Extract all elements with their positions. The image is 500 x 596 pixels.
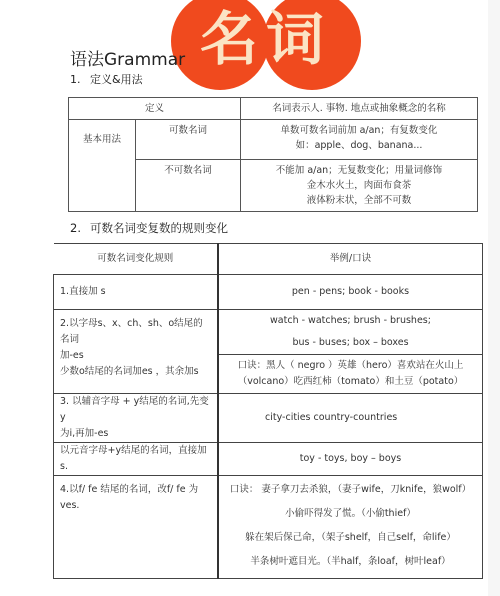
rule-cell: 以元音字母+y结尾的名词，直接加s. <box>54 443 219 476</box>
text-line: 为i,再加-es <box>60 426 211 442</box>
example-cell: pen - pens; book - books <box>218 275 483 310</box>
column-header: 可数名词变化规则 <box>54 244 219 275</box>
text-line: 小偷吓得发了慌。（小偷thief） <box>225 502 476 526</box>
usage-description: 单数可数名词前加 a/an；有复数变化 如：apple、dog、banana..… <box>241 120 478 160</box>
rule-cell: 1.直接加 s <box>54 275 219 310</box>
table-row: 3. 以辅音字母 + y结尾的名词,先变y 为i,再加-es city-citi… <box>54 394 483 443</box>
rule-cell: 2.以字母s、x、ch、sh、o结尾的名词 加-es 少数o结尾的名词加es ，… <box>54 310 219 394</box>
section-title: 可数名词变复数的规则变化 <box>90 221 228 235</box>
text-line: 液体粉末状，全部不可数 <box>243 193 475 208</box>
table-row: 以元音字母+y结尾的名词，直接加s. toy - toys, boy – boy… <box>54 443 483 476</box>
text-line: bus - buses; box – boxes <box>225 332 476 354</box>
text-line: 口诀： 妻子拿刀去杀狼，（妻子wife，刀knife，狼wolf） <box>225 478 476 502</box>
section-title: 定义&用法 <box>90 73 143 86</box>
text-line: （volcano）吃西红柿（tomato）和土豆（potato） <box>225 374 476 390</box>
noun-type-label: 可数名词 <box>136 120 241 160</box>
text-line: 如：apple、dog、banana... <box>243 138 475 153</box>
example-cell: city-cities country-countries <box>218 394 483 443</box>
text-line: 加-es <box>60 348 211 364</box>
text-line: 躲在架后保己命，（架子shelf，自己self，命life） <box>225 526 476 550</box>
text-line: 3. 以辅音字母 + y结尾的名词,先变y <box>60 394 211 426</box>
mnemonic-cell: 口诀：黑人（ negro ）英雄（hero）喜欢站在火山上 （volcano）吃… <box>218 355 483 394</box>
table-row: 4.以f/ fe 结尾的名词，改f/ fe 为 ves. 口诀： 妻子拿刀去杀狼… <box>54 476 483 579</box>
rule-cell: 4.以f/ fe 结尾的名词，改f/ fe 为 ves. <box>54 476 219 579</box>
table-row: 基本用法 可数名词 单数可数名词前加 a/an；有复数变化 如：apple、do… <box>69 120 478 160</box>
text-line: watch - watches; brush - brushes; <box>225 310 476 332</box>
noun-type-label: 不可数名词 <box>136 160 241 212</box>
topic-badge: 名词 <box>171 0 361 92</box>
text-line: 单数可数名词前加 a/an；有复数变化 <box>243 123 475 138</box>
text-line: 半条树叶遮目光。（半half，条loaf，树叶leaf） <box>225 550 476 574</box>
definition-usage-table: 定义 名词表示人. 事物. 地点或抽象概念的名称 基本用法 可数名词 单数可数名… <box>68 97 478 212</box>
table-row: 2.以字母s、x、ch、sh、o结尾的名词 加-es 少数o结尾的名词加es ，… <box>54 310 483 355</box>
usage-description: 不能加 a/an；无复数变化；用量词修饰 金木水火土，肉面布食茶 液体粉末状，全… <box>241 160 478 212</box>
badge-text: 名词 <box>171 4 361 74</box>
section-number: 2. <box>70 221 90 235</box>
page-title: 语法Grammar <box>70 45 185 70</box>
plural-rules-table: 可数名词变化规则 举例/口诀 1.直接加 s pen - pens; book … <box>53 243 483 579</box>
section-2-heading: 2.可数名词变复数的规则变化 <box>70 220 228 236</box>
text-line: 口诀：黑人（ negro ）英雄（hero）喜欢站在火山上 <box>225 358 476 374</box>
table-row: 1.直接加 s pen - pens; book - books <box>54 275 483 310</box>
text-line: 少数o结尾的名词加es ，其余加s <box>60 364 211 380</box>
rule-cell: 3. 以辅音字母 + y结尾的名词,先变y 为i,再加-es <box>54 394 219 443</box>
text-line: 金木水火土，肉面布食茶 <box>243 178 475 193</box>
example-cell: toy - toys, boy – boys <box>218 443 483 476</box>
basic-usage-label: 基本用法 <box>69 120 136 212</box>
text-line: 不能加 a/an；无复数变化；用量词修饰 <box>243 163 475 178</box>
example-cell: 口诀： 妻子拿刀去杀狼，（妻子wife，刀knife，狼wolf） 小偷吓得发了… <box>218 476 483 579</box>
definition-label: 定义 <box>69 98 241 120</box>
column-header: 举例/口诀 <box>218 244 483 275</box>
section-number: 1. <box>70 73 90 86</box>
page-edge-shade <box>488 0 500 596</box>
example-cell: watch - watches; brush - brushes; bus - … <box>218 310 483 355</box>
definition-text: 名词表示人. 事物. 地点或抽象概念的名称 <box>241 98 478 120</box>
table-row: 定义 名词表示人. 事物. 地点或抽象概念的名称 <box>69 98 478 120</box>
table-header-row: 可数名词变化规则 举例/口诀 <box>54 244 483 275</box>
section-1-heading: 1.定义&用法 <box>70 71 143 87</box>
text-line: 2.以字母s、x、ch、sh、o结尾的名词 <box>60 316 211 348</box>
